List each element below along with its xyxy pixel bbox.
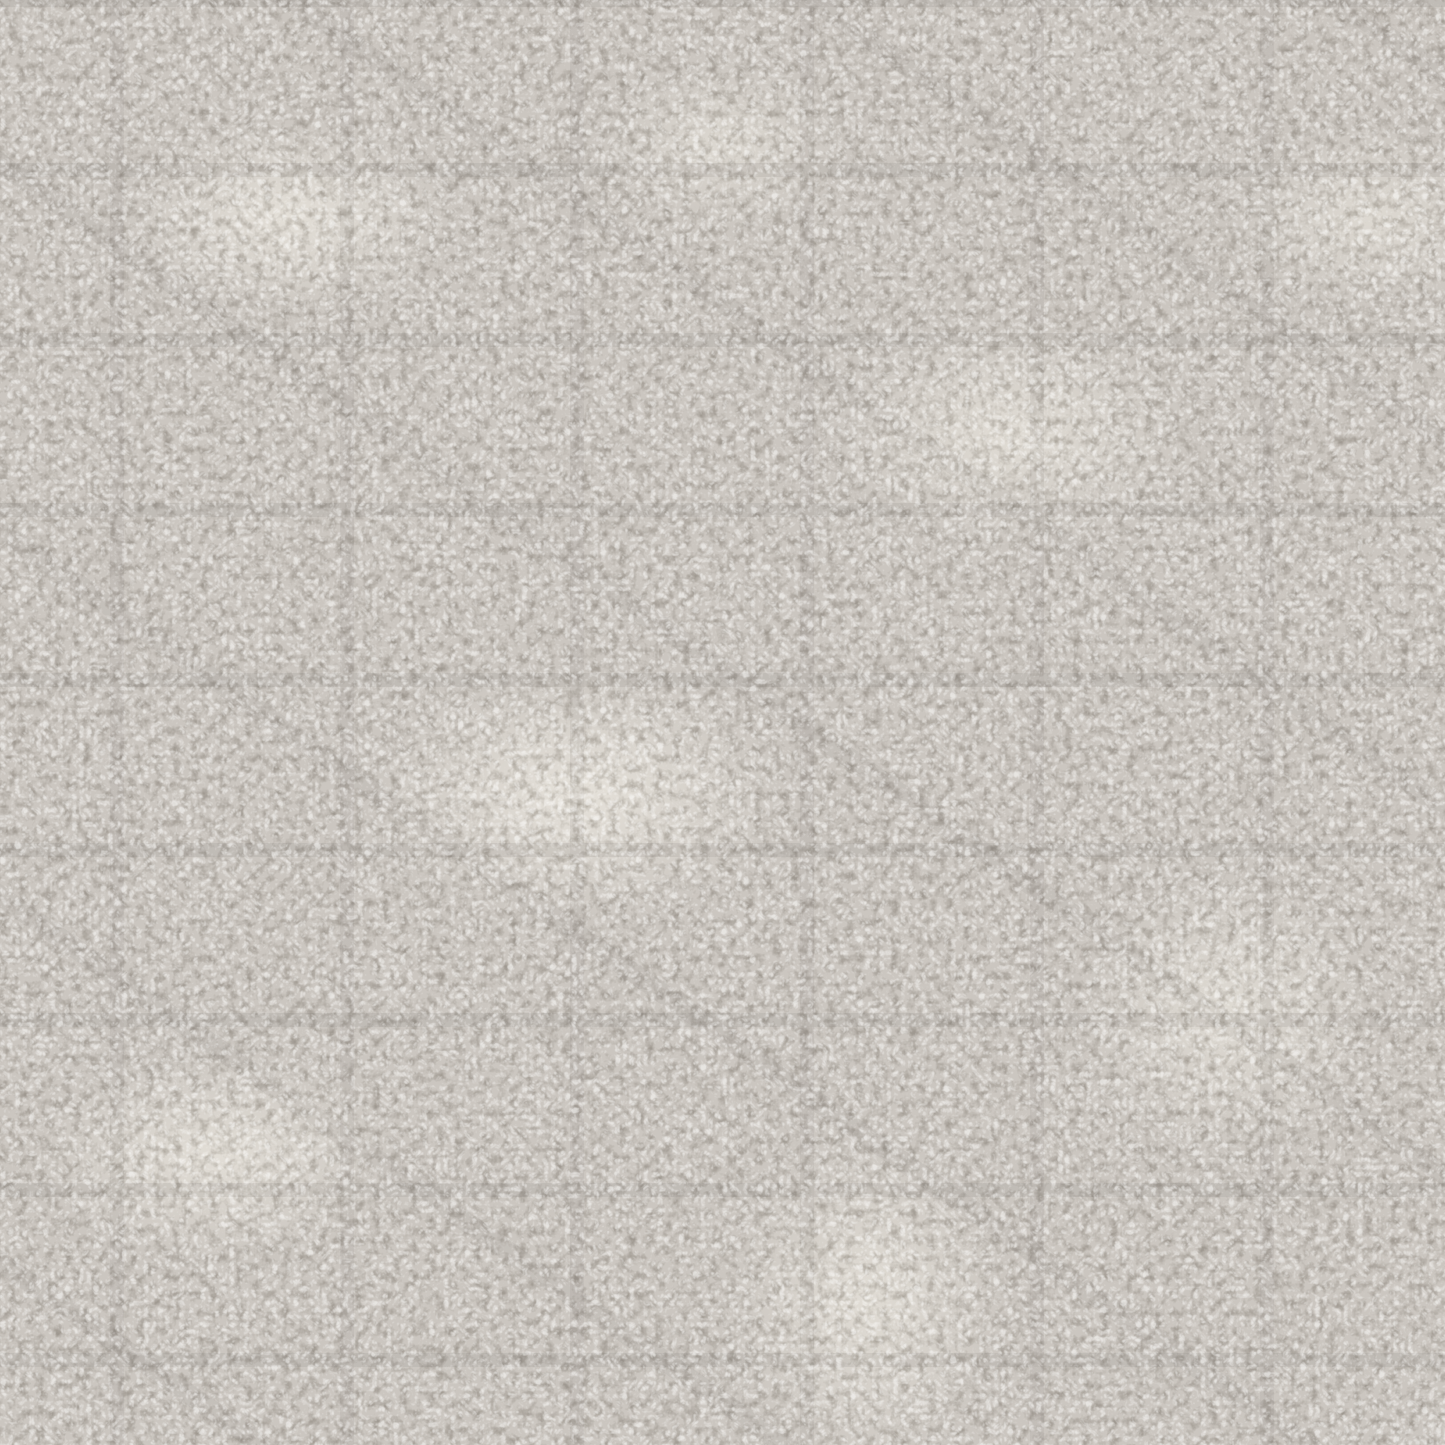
carpet-texture-swatch — [0, 0, 1445, 1445]
texture-loop-noise-light — [0, 0, 1445, 1445]
